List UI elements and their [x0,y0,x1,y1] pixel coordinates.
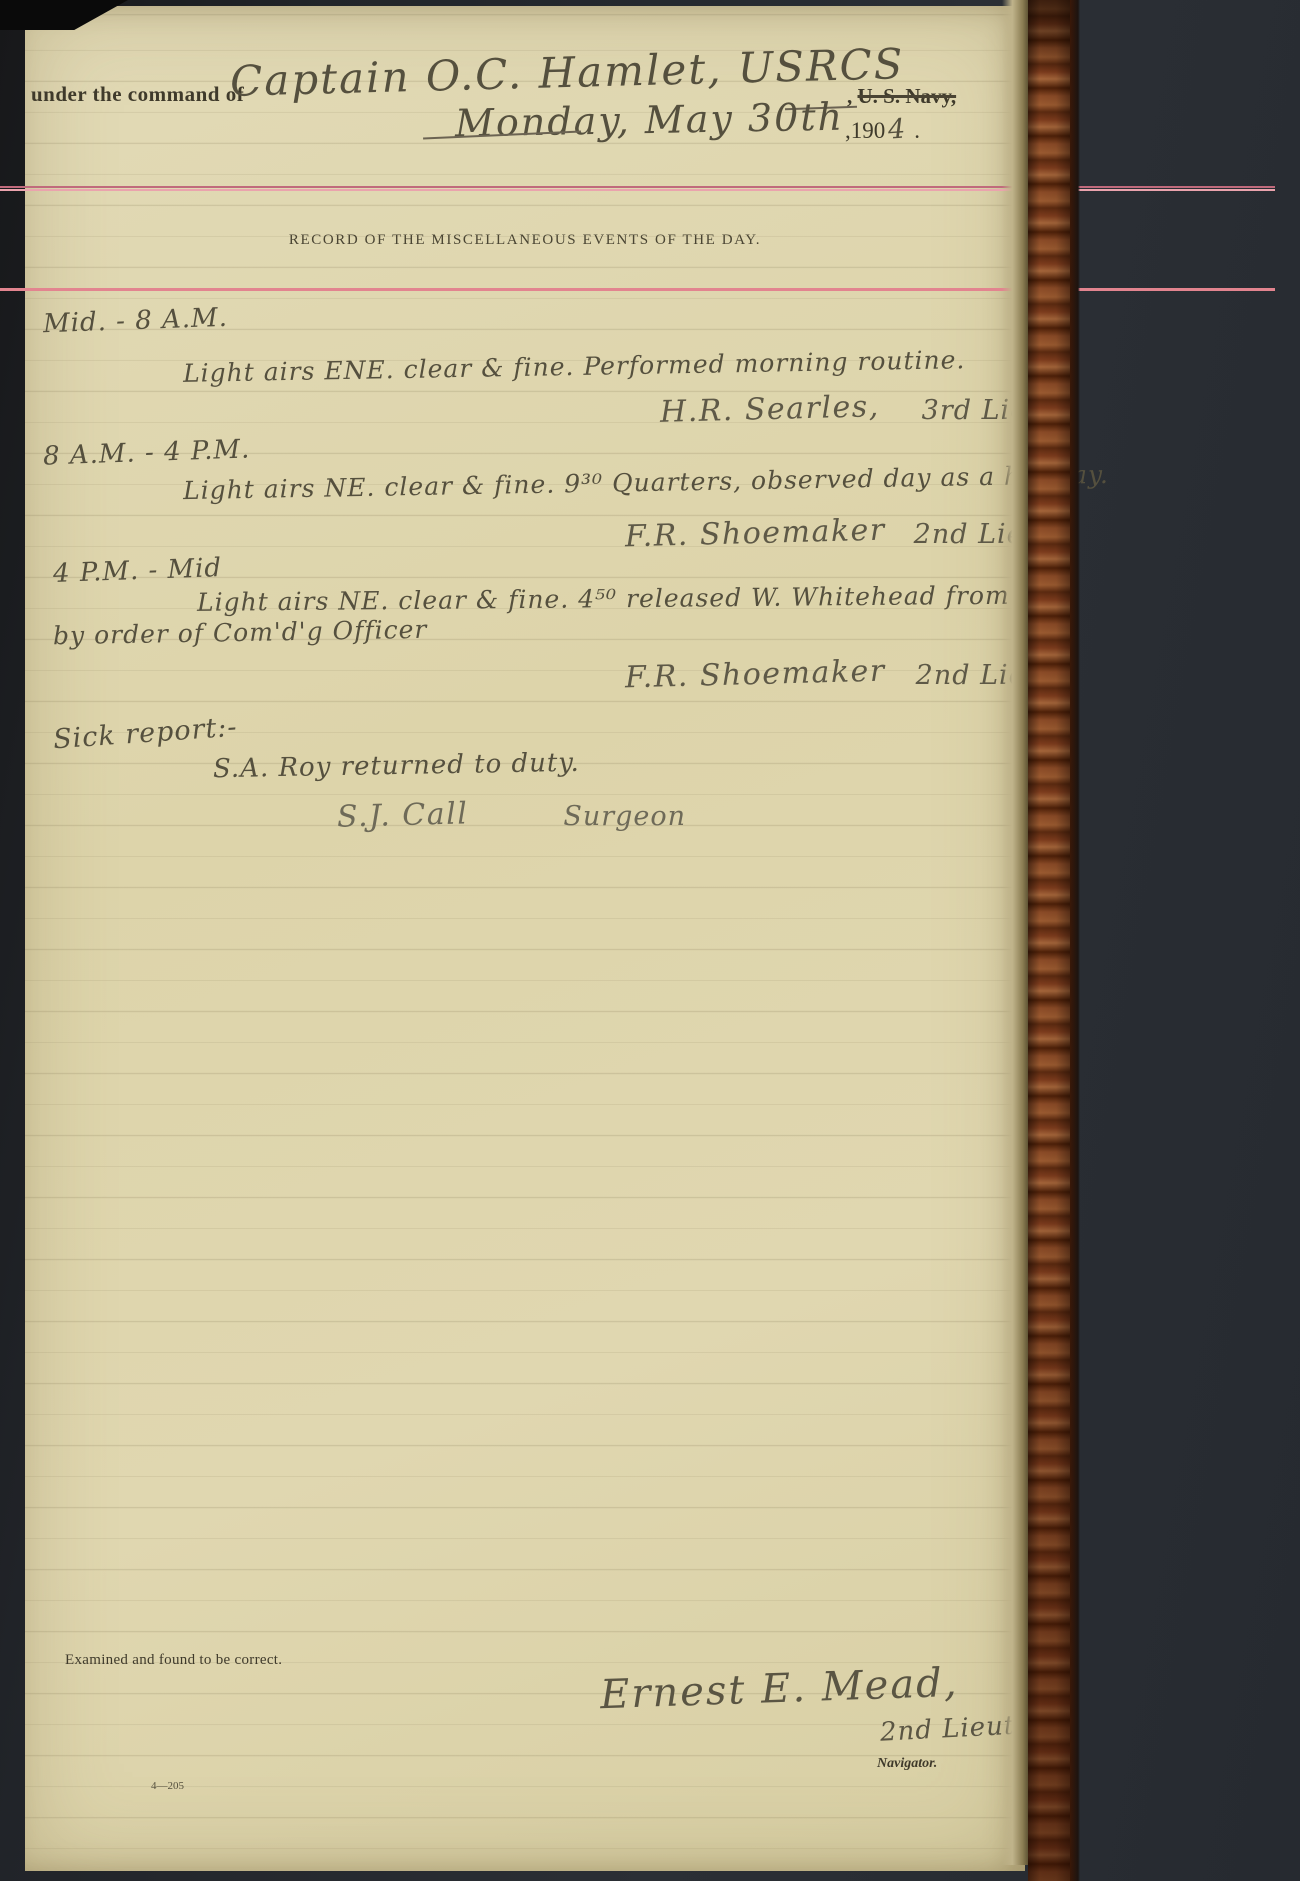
printed-navigator-role: Navigator. [877,1756,937,1772]
single-pink-rule [0,288,1275,291]
handwritten-date: Monday, May 30th [455,95,845,146]
page-fore-edge [1002,0,1028,1865]
book-spine [1028,0,1075,1881]
struck-through-us-navy: U. S. Navy, [858,84,957,108]
sick-report-signature-row: S.J. Call Surgeon [337,798,686,833]
signature-searles: H.R. Searles, [660,389,881,430]
section-title: RECORD OF THE MISCELLANEOUS EVENTS OF TH… [25,232,1025,249]
year-prefix: ,190 [845,118,885,143]
entry-watch-4pm-mid: 4 P.M. - Mid [53,553,223,589]
entry-signature-row: F.R. Shoemaker 2nd Lieut. [625,516,1063,551]
comma: , [847,84,858,108]
signature-shoemaker: F.R. Shoemaker [625,513,886,555]
logbook-page: under the command of Captain O.C. Hamlet… [25,6,1025,1871]
printed-command-prefix: under the command of [31,82,244,107]
signature-call: S.J. Call [337,796,469,834]
signature-shoemaker: F.R. Shoemaker [625,654,886,696]
form-number: 4—205 [151,1780,184,1792]
sick-report-entry: S.A. Roy returned to duty. [213,748,580,784]
book-spine-shadow [1070,0,1080,1881]
printed-year: ,1904 . [845,114,920,145]
year-period: . [908,118,920,143]
ruled-lines [25,6,1025,1871]
entry-signature-row: F.R. Shoemaker 2nd Lieut. [625,634,1065,692]
examined-note: Examined and found to be correct. [65,1652,282,1669]
double-pink-rule [0,186,1275,192]
printed-us-navy: , U. S. Navy, [847,84,956,109]
rank-surgeon: Surgeon [563,801,686,832]
handwritten-year-digit: 4 [884,113,909,146]
